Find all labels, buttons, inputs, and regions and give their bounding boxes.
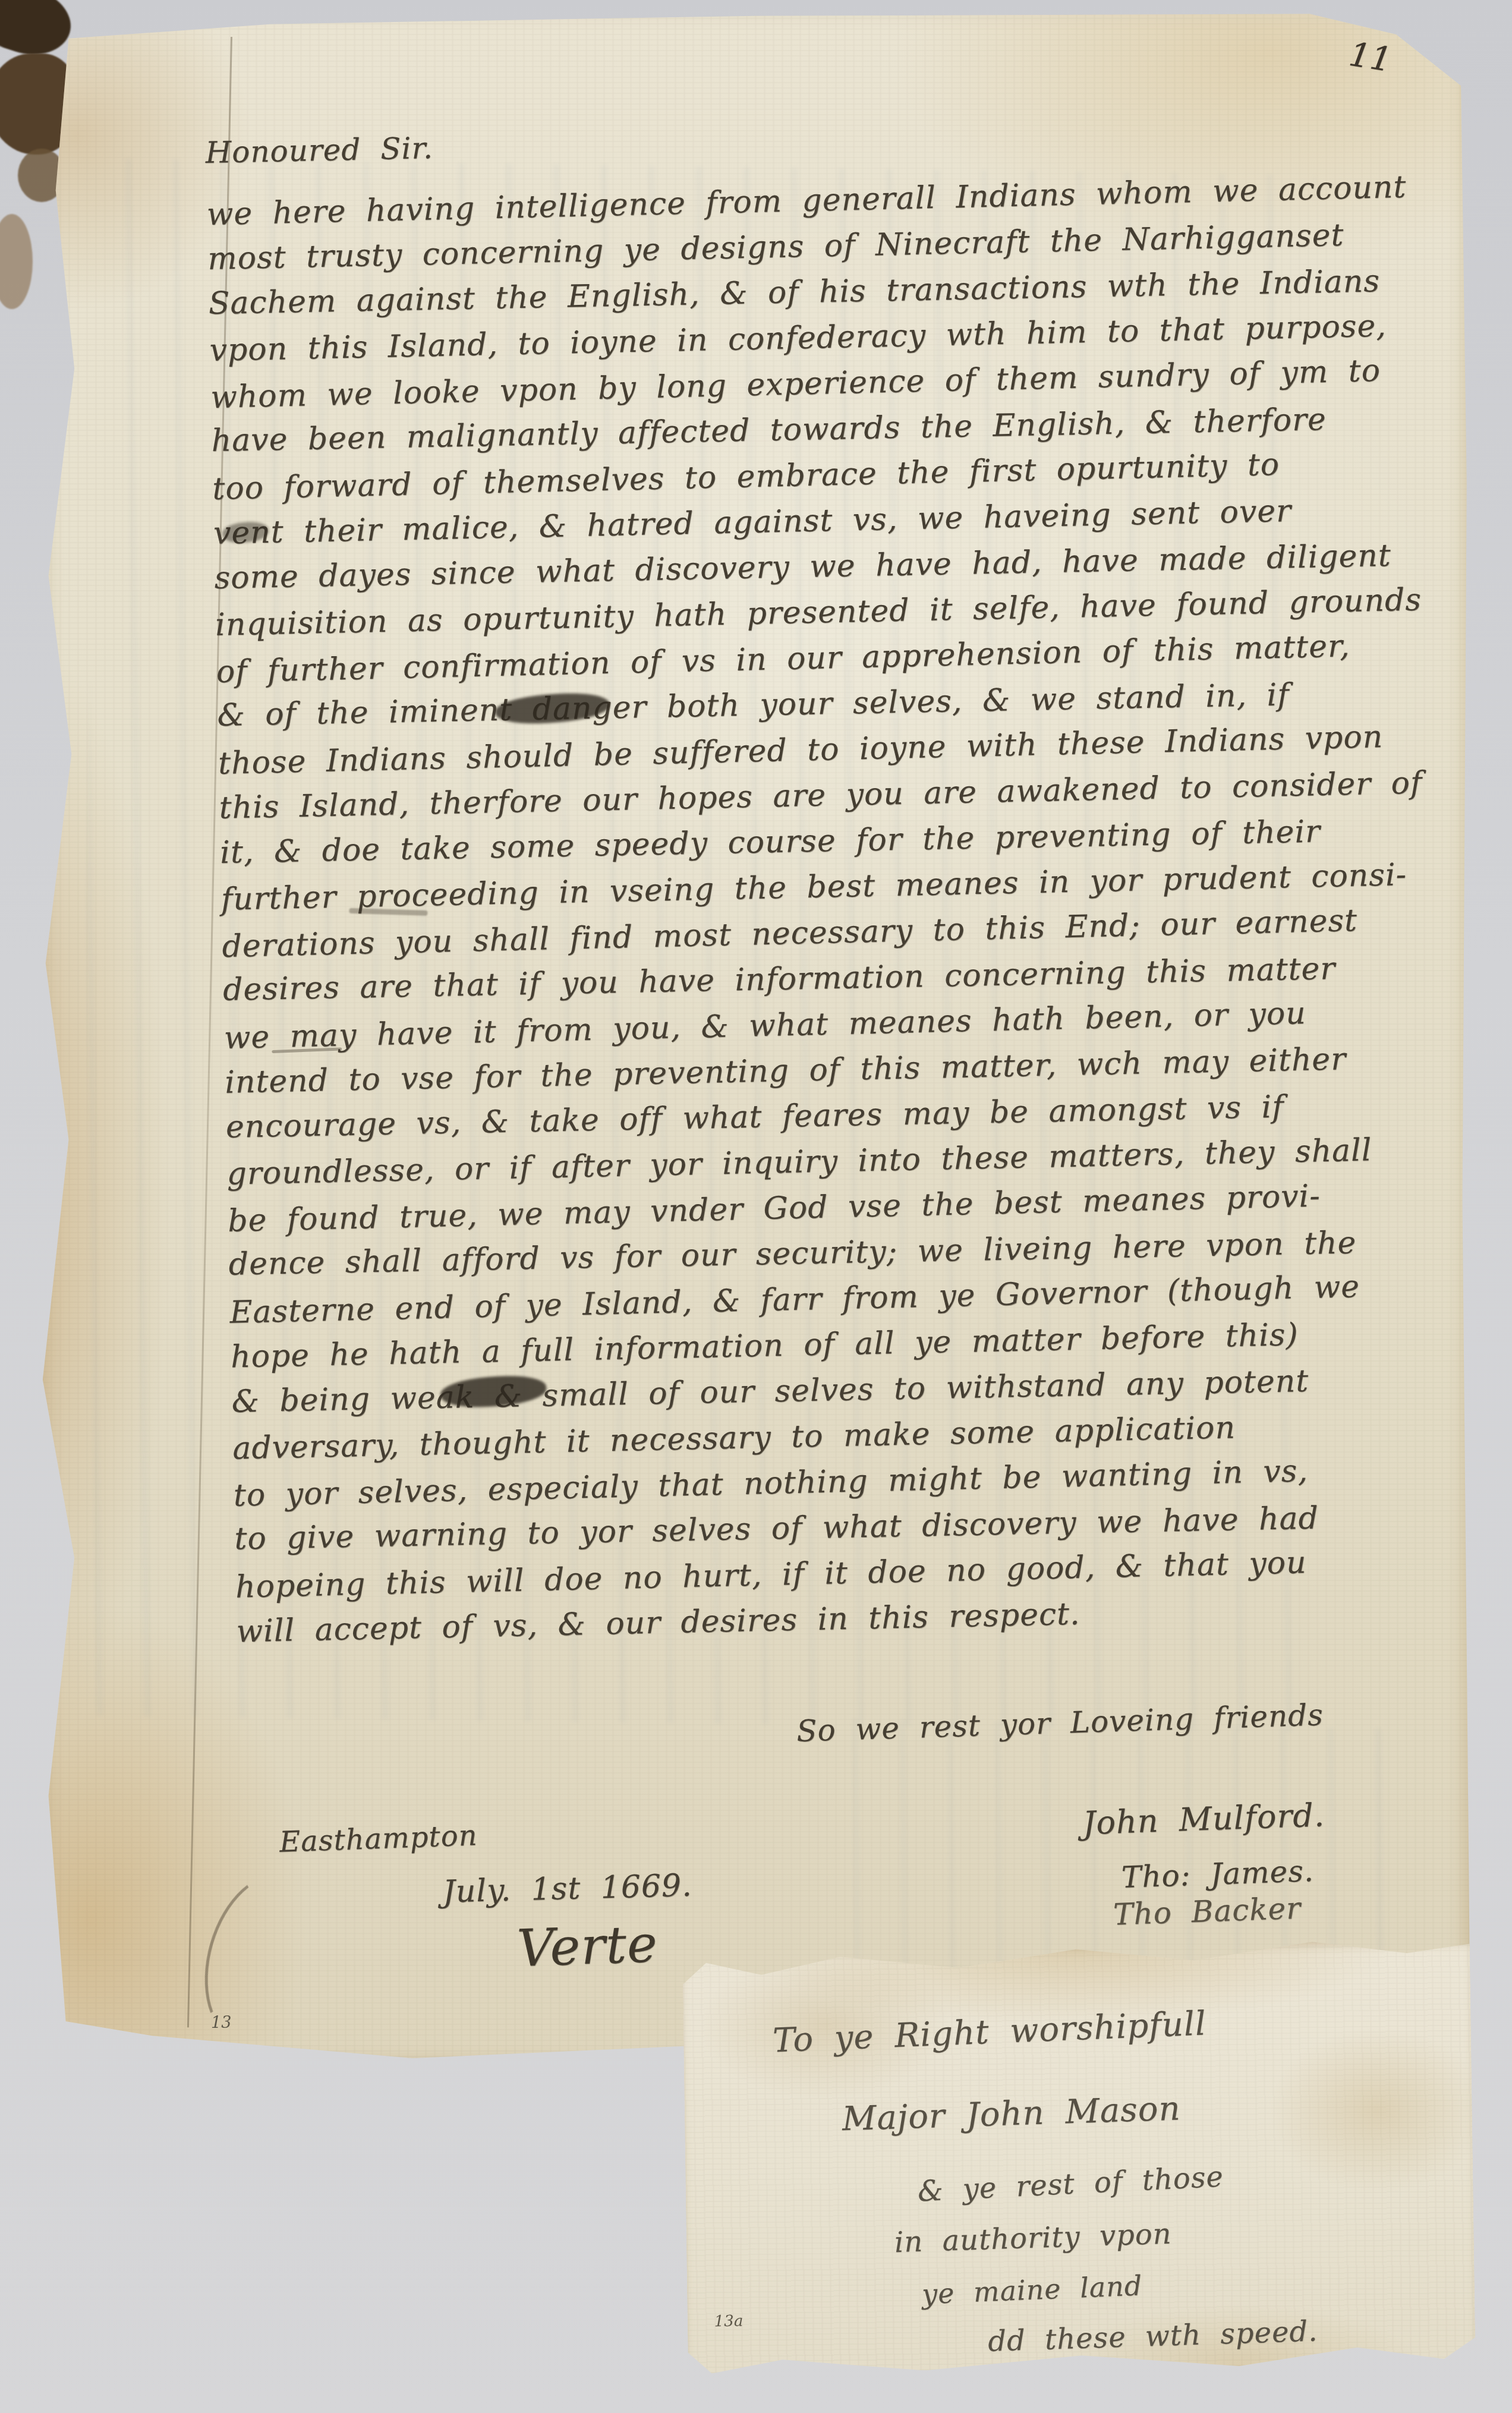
signature: John Mulford.: [1082, 1796, 1325, 1842]
manuscript-scan: { "page": { "page_number": "11", "archiv…: [0, 0, 1512, 2413]
address-line: dd these wth speed.: [987, 2314, 1318, 2358]
letter-sheet: 11 Honoured Sir. we here having intellig…: [33, 12, 1471, 2062]
address-line: ye maine land: [921, 2269, 1143, 2310]
address-line: To ye Right worshipfull: [772, 2004, 1207, 2060]
signature: Tho: James.: [1121, 1854, 1315, 1895]
signature-block: John Mulford.Tho: James.Tho Backer: [1082, 1791, 1468, 1959]
archive-mark: 13: [211, 2014, 231, 2032]
letter-body: Honoured Sir. we here having intelligenc…: [205, 109, 1501, 1655]
date-line: July. 1st 1669.: [442, 1868, 692, 1910]
pen-flourish: [187, 1861, 337, 2056]
address-slip: To ye Right worshipfullMajor John Mason&…: [682, 1940, 1476, 2374]
page-number: 11: [1346, 35, 1394, 80]
address-line: & ye rest of those: [916, 2160, 1224, 2208]
paper-texture: [682, 1940, 1476, 2374]
archive-mark: 13a: [714, 2313, 744, 2331]
signature: Tho Backer: [1113, 1891, 1302, 1932]
turn-over-note: Verte: [516, 1914, 659, 1979]
address-line: in authority vpon: [894, 2217, 1172, 2259]
closing-line: So we rest yor Loveing friends: [796, 1697, 1324, 1749]
binding-fragment: [0, 214, 33, 309]
address-line: Major John Mason: [842, 2089, 1181, 2138]
place-line: Easthampton: [279, 1819, 478, 1859]
